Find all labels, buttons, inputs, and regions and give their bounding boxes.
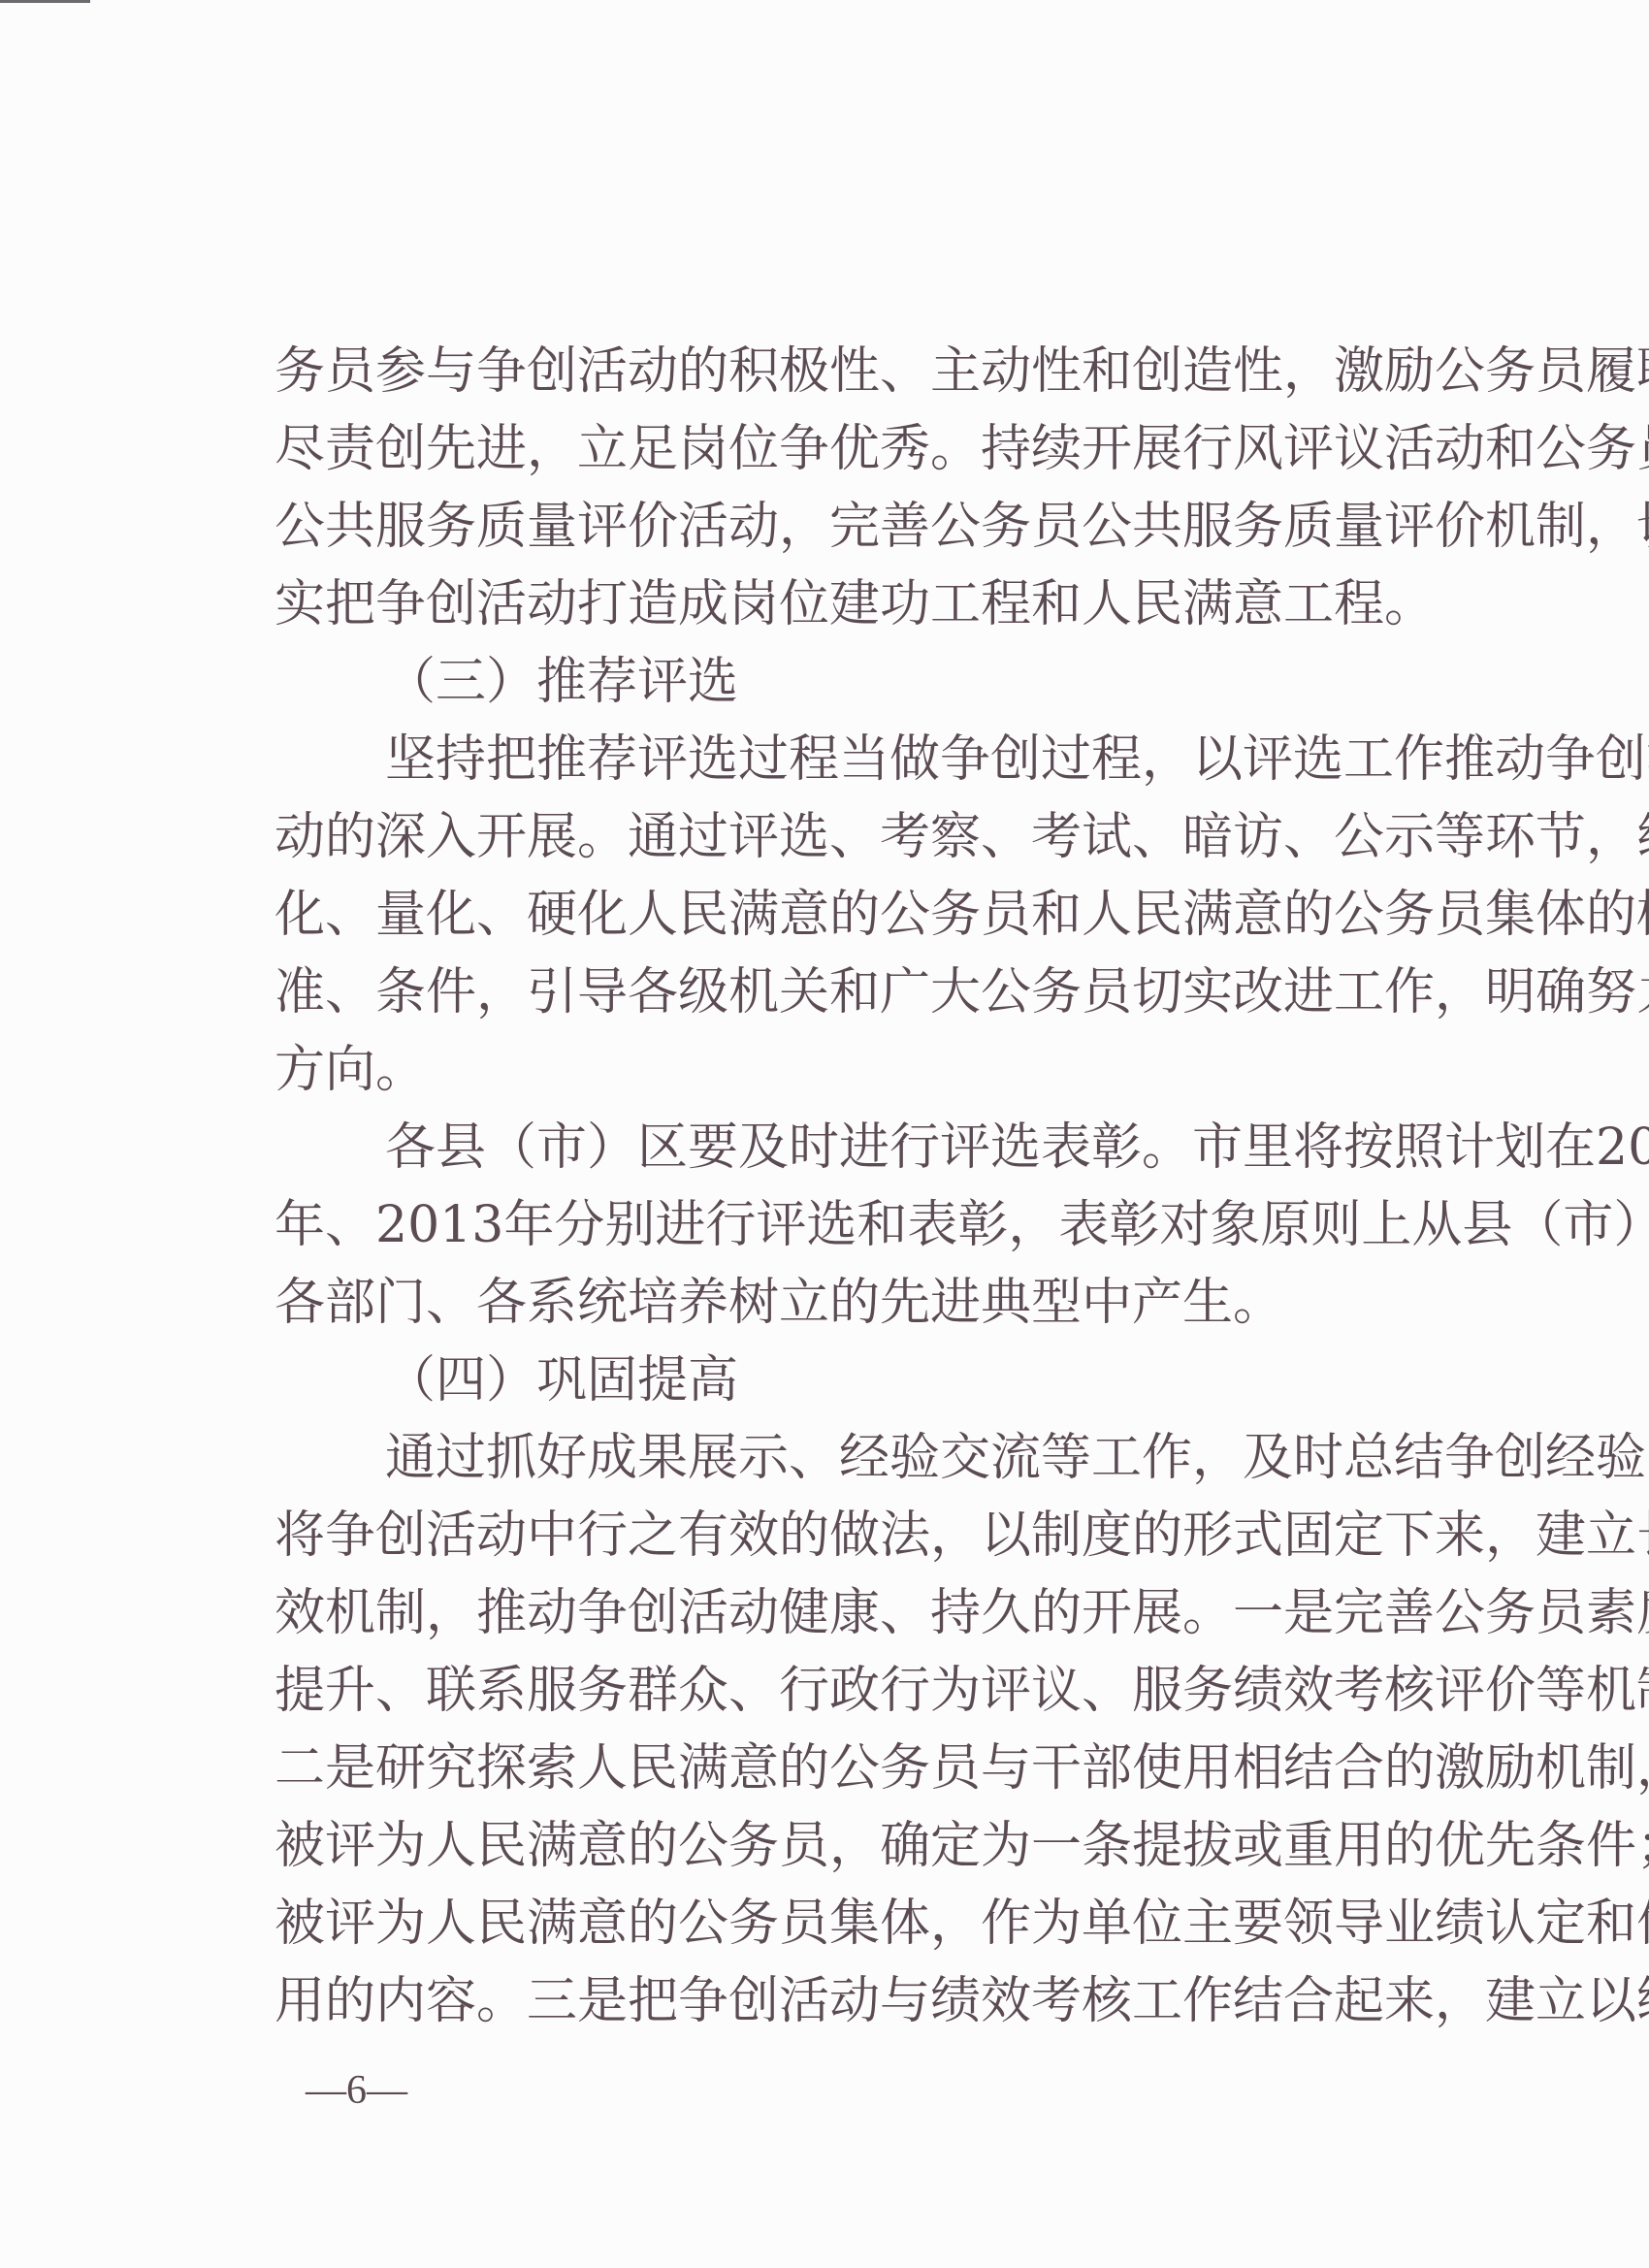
paragraph-line: 效机制，推动争创活动健康、持久的开展。一是完善公务员素质	[275, 1574, 1502, 1652]
document-body: 务员参与争创活动的积极性、主动性和创造性，激励公务员履职 尽责创先进，立足岗位争…	[275, 333, 1502, 2040]
paragraph-line: 方向。	[275, 1031, 1502, 1109]
paragraph-line: 动的深入开展。通过评选、考察、考试、暗访、公示等环节，细	[275, 798, 1502, 876]
section-heading-3: （三）推荐评选	[275, 643, 1502, 721]
paragraph-line: 公共服务质量评价活动，完善公务员公共服务质量评价机制，切	[275, 488, 1502, 566]
page-number: —6—	[306, 2064, 407, 2117]
paragraph-line: 年、2013年分别进行评选和表彰，表彰对象原则上从县（市）区、	[275, 1186, 1502, 1264]
paragraph-line: 各县（市）区要及时进行评选表彰。市里将按照计划在2011	[275, 1109, 1502, 1186]
paragraph-line: 尽责创先进，立足岗位争优秀。持续开展行风评议活动和公务员	[275, 410, 1502, 488]
paragraph-line: 各部门、各系统培养树立的先进典型中产生。	[275, 1264, 1502, 1342]
scan-corner-mark	[0, 0, 90, 3]
paragraph-line: 用的内容。三是把争创活动与绩效考核工作结合起来，建立以绩	[275, 1962, 1502, 2040]
paragraph-line: 务员参与争创活动的积极性、主动性和创造性，激励公务员履职	[275, 333, 1502, 410]
section-heading-4: （四）巩固提高	[275, 1342, 1502, 1419]
paragraph-line: 通过抓好成果展示、经验交流等工作，及时总结争创经验，	[275, 1419, 1502, 1497]
paragraph-line: 二是研究探索人民满意的公务员与干部使用相结合的激励机制，	[275, 1730, 1502, 1807]
paragraph-line: 被评为人民满意的公务员，确定为一条提拔或重用的优先条件；	[275, 1807, 1502, 1885]
paragraph-line: 被评为人民满意的公务员集体，作为单位主要领导业绩认定和使	[275, 1885, 1502, 1962]
paragraph-line: 实把争创活动打造成岗位建功工程和人民满意工程。	[275, 566, 1502, 643]
paragraph-line: 准、条件，引导各级机关和广大公务员切实改进工作，明确努力	[275, 954, 1502, 1031]
paragraph-line: 将争创活动中行之有效的做法，以制度的形式固定下来，建立长	[275, 1497, 1502, 1574]
paragraph-line: 坚持把推荐评选过程当做争创过程，以评选工作推动争创活	[275, 721, 1502, 798]
paragraph-line: 化、量化、硬化人民满意的公务员和人民满意的公务员集体的标	[275, 876, 1502, 954]
paragraph-line: 提升、联系服务群众、行政行为评议、服务绩效考核评价等机制。	[275, 1652, 1502, 1730]
